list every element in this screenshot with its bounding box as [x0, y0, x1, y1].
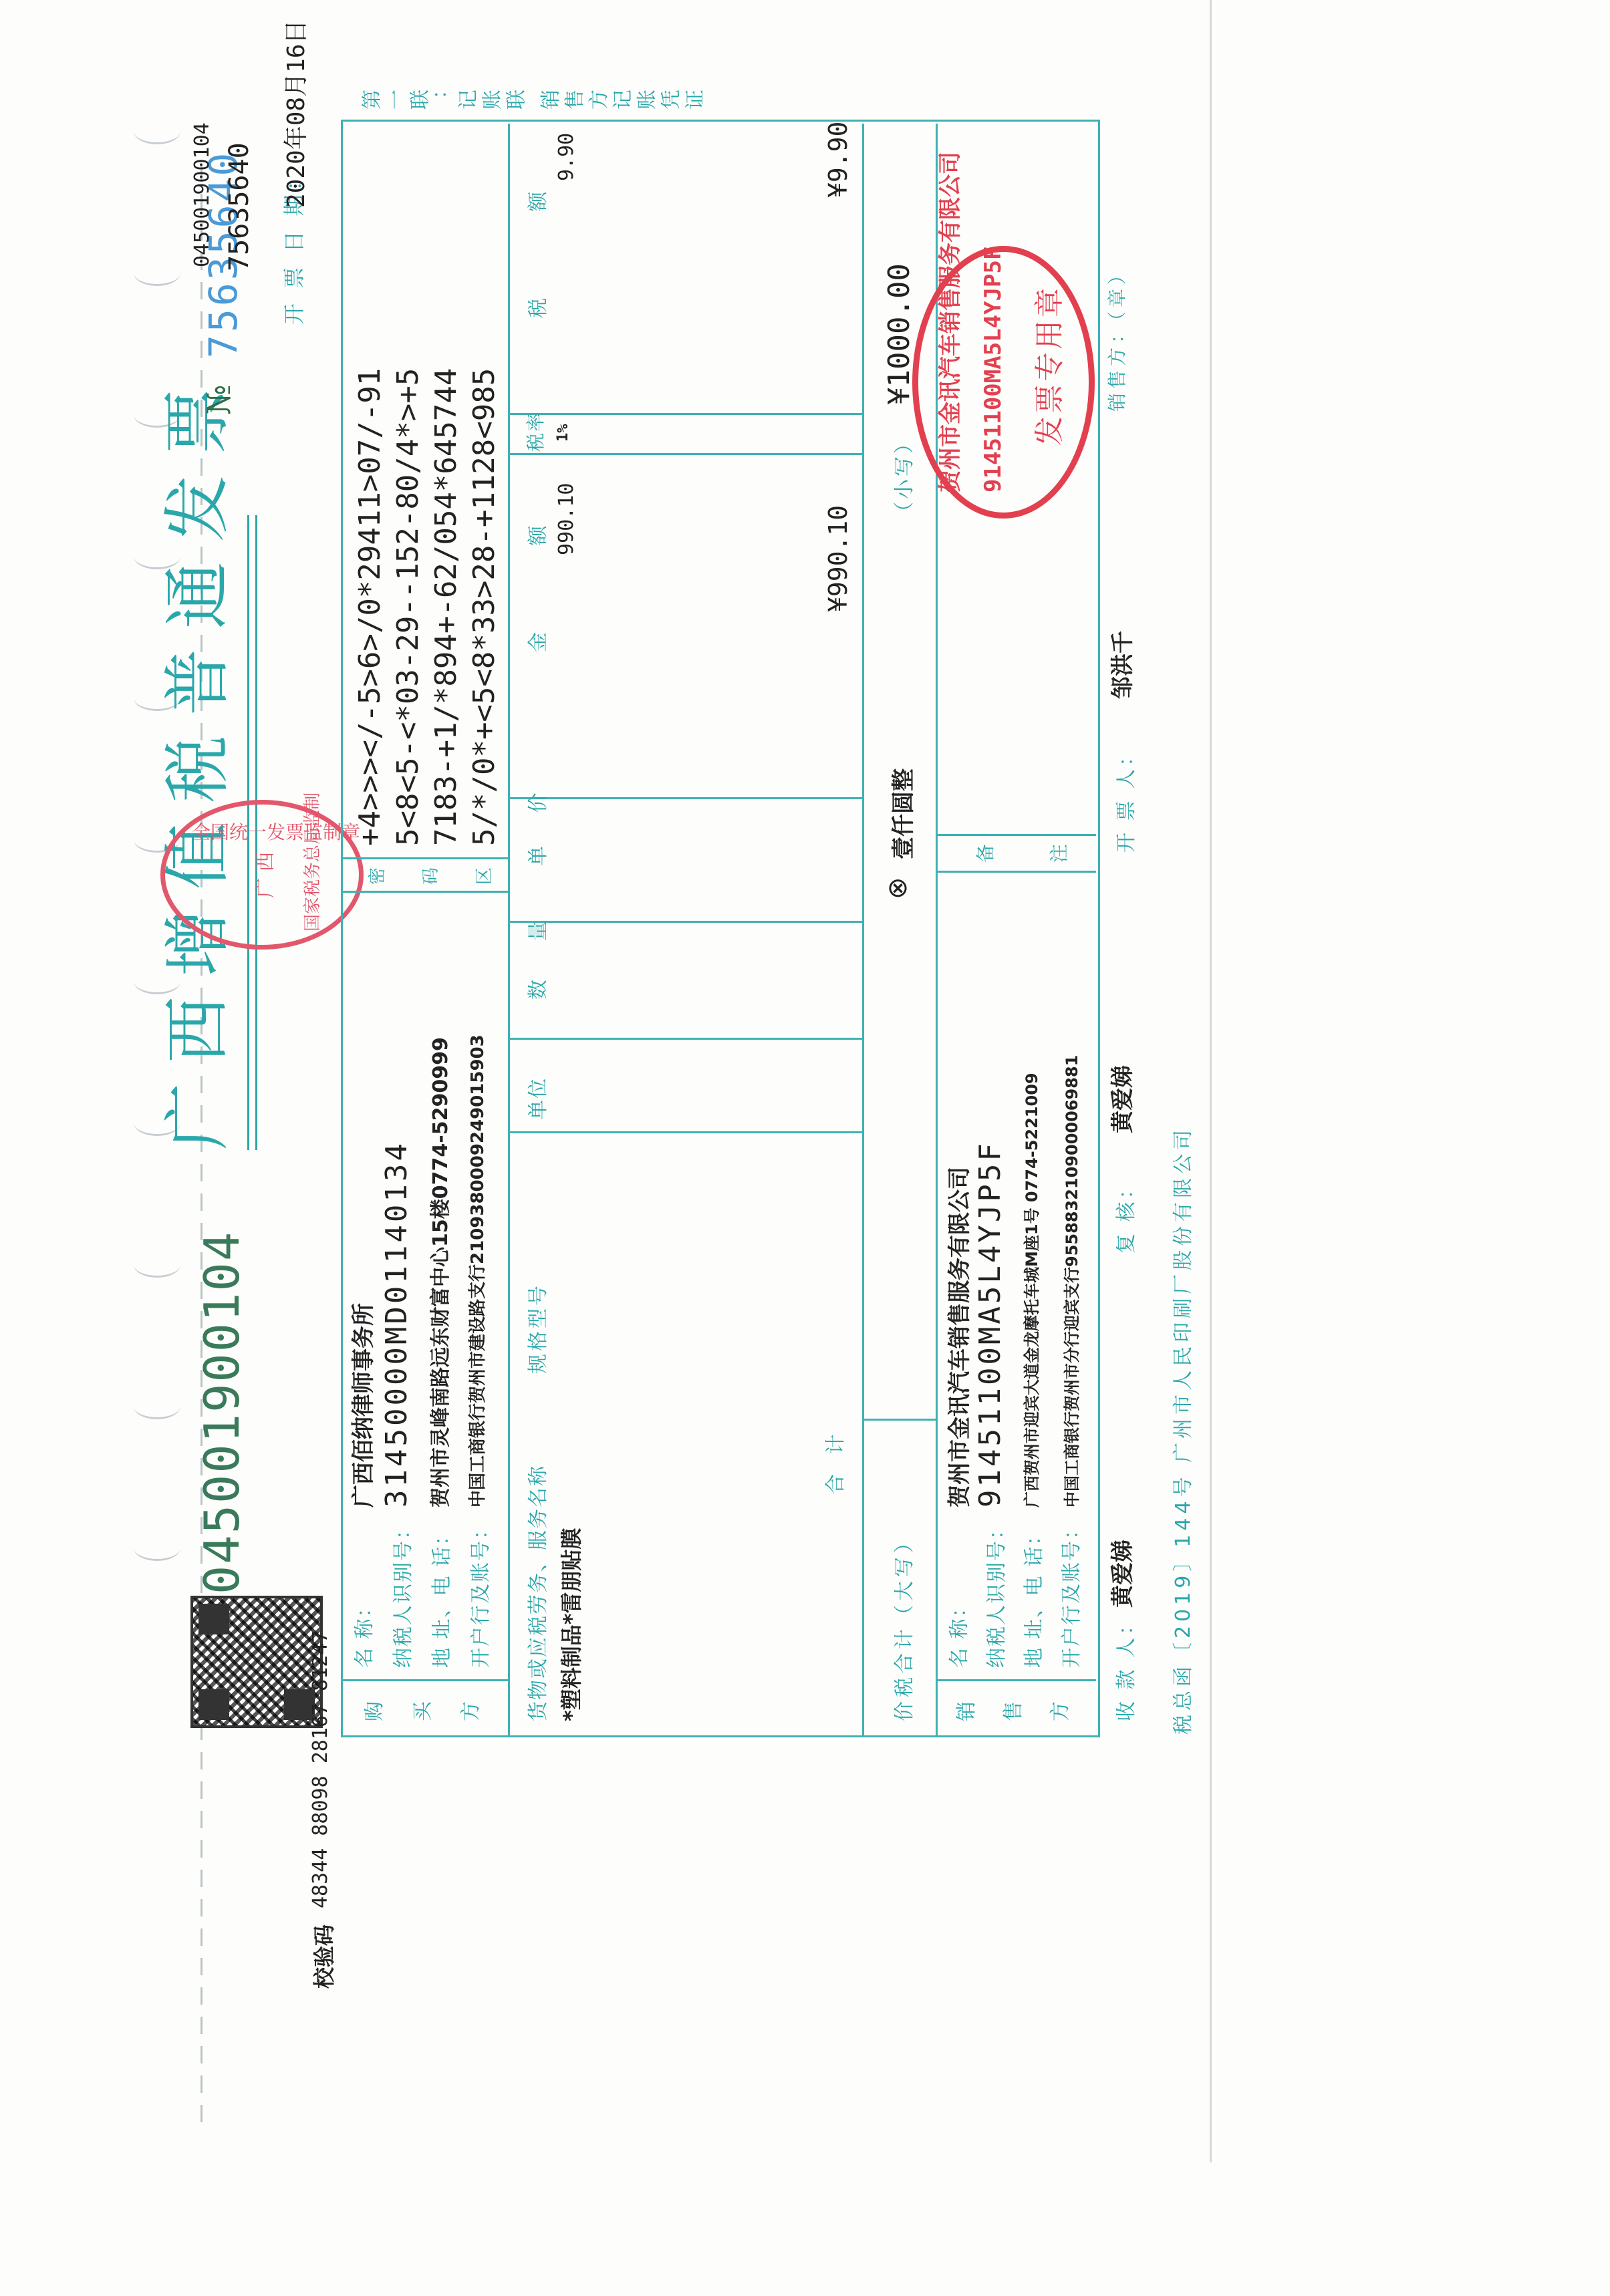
printer-footer: 税总函〔2019〕144号 广州市人民印刷厂股份有限公司 [1166, 1126, 1196, 1735]
header-item-name: 货物或应税劳务、服务名称 [521, 1465, 551, 1721]
remarks-label: 备 注 [949, 843, 1096, 863]
issue-date: 2020年08月16日 [277, 20, 311, 208]
drawer-label: 开 票 人： [1109, 744, 1139, 853]
seller-taxid-label: 纳税人识别号： [980, 1518, 1009, 1668]
header-unit-price: 单 价 [521, 779, 551, 866]
seller-tax-id: 91451100MA5L4YJP5F [973, 1141, 1007, 1508]
invoice-code-small: 045001900104 [190, 122, 214, 267]
grand-total-upper-text: 壹仟圆整 [885, 768, 918, 859]
seller-section-label: 销 售 方 [944, 1695, 1084, 1721]
payee-label: 收 款 人： [1109, 1612, 1139, 1721]
total-label: 合 计 [819, 1427, 848, 1494]
seller-bank-account: 中国工商银行贺州市分行迎宾支行9558832109000069881 [1059, 1055, 1082, 1508]
header-quantity: 数 量 [521, 905, 551, 1000]
number-symbol: № [200, 385, 238, 415]
item-tax: 9.90 [555, 133, 578, 181]
seller-address-phone: 广西贺州市迎宾大道金龙摩托车城M座1号 0774-5221009 [1019, 1072, 1042, 1508]
feed-hole [134, 118, 180, 144]
tax-supervision-stamp: 全国统一发票监制章 广 西 国家税务总局监制 [160, 800, 364, 950]
invoice-special-stamp: 贺州市金讯汽车销售服务有限公司 91451100MA5L4YJP5F 发票专用章 [912, 246, 1095, 519]
seller-name-label: 名 称： [942, 1596, 972, 1668]
buyer-name-label: 名 称： [348, 1596, 377, 1668]
remarks-left-divider [936, 871, 1096, 873]
feed-hole [134, 1252, 180, 1278]
header-tax-rate: 税率 [521, 412, 548, 452]
qr-code [190, 1596, 323, 1728]
invoice-code-large: 045001900104 [194, 1231, 250, 1594]
seller-name: 贺州市金讯汽车销售服务有限公司 [941, 1167, 974, 1508]
paper-edge [1210, 0, 1212, 2162]
buyer-section-label: 购 买 方 [351, 1695, 495, 1721]
total-amount: ¥990.10 [823, 505, 853, 612]
buyer-taxid-label: 纳税人识别号： [386, 1518, 416, 1668]
buyer-bank-account: 中国工商银行贺州市建设路支行2109380009249015903 [464, 1034, 489, 1508]
reviewer-label: 复 核： [1109, 1176, 1139, 1254]
item-name: *塑料制品*雷朋贴膜 [555, 1528, 585, 1721]
cipher-area-label: 密 码 区 [351, 865, 511, 885]
seller-bank-label: 开户行及账号： [1055, 1518, 1084, 1668]
header-spec: 规格型号 [521, 1283, 551, 1374]
invoice-title: 广西增值税普通发票 [144, 368, 240, 1150]
grand-total-divider [862, 1419, 936, 1421]
buyer-tax-id: 31450000MD0114013­4 [380, 1141, 414, 1508]
item-amount: 990.10 [555, 483, 578, 555]
buyer-address-label: 地 址、电 话： [425, 1524, 454, 1668]
header-tax: 税 额 [521, 151, 551, 318]
invoice-sheet: 045001900104 广西增值税普通发票 全国统一发票监制章 广 西 国家税… [0, 0, 1610, 2296]
item-tax-rate: 1% [555, 424, 571, 442]
col-divider-qty [508, 921, 862, 923]
payee-name: 黄爱娣 [1104, 1540, 1137, 1608]
cipher-left-divider [341, 891, 508, 893]
cipher-text: +4>>></-5>6>/0*29411>07/-91 5<8<5-<*03-2… [351, 368, 503, 846]
col-divider-amount [508, 453, 862, 455]
total-tax: ¥9.90 [823, 122, 853, 198]
feed-hole [134, 260, 180, 286]
seller-stamp-hint: 销售方：（章） [1103, 262, 1129, 412]
buyer-bank-label: 开户行及账号： [464, 1518, 493, 1668]
cross-circle-icon: ⊗ [882, 877, 913, 899]
copy-label: 第一联：记账联 销售方记账凭证 [361, 90, 1096, 114]
col-divider-unit [508, 1038, 862, 1040]
buyer-bottom-line [508, 124, 510, 1737]
seller-label-divider [936, 1679, 1096, 1681]
check-code-label: 校验码 [307, 1924, 338, 1989]
header-amount: 金 额 [521, 485, 551, 652]
col-divider-rate [508, 413, 862, 415]
invoice-number-small: 75635640 [224, 142, 255, 271]
feed-hole [134, 1535, 180, 1561]
items-bottom-line [862, 124, 864, 1737]
drawer-name: 邹洪千 [1104, 631, 1137, 699]
feed-hole [134, 1393, 180, 1419]
buyer-name: 广西佰纳律师事务所 [345, 1303, 378, 1508]
grand-total-upper-label: 价税合计（大写） [888, 1529, 917, 1721]
check-code: 48344 88098 28167 81247 [309, 1631, 332, 1908]
remarks-label-divider [936, 834, 1096, 836]
col-divider-spec [508, 1131, 862, 1133]
header-unit: 单位 [521, 1077, 551, 1120]
reviewer-name: 黄爱娣 [1104, 1065, 1137, 1133]
col-divider-price [508, 797, 862, 799]
buyer-address-phone: 贺州市灵峰南路远东财富中心15楼0774-5290999 [424, 1037, 453, 1508]
grand-total-lower-label: （小写） [888, 431, 917, 522]
grand-total-lower-text: ¥1000.00 [882, 263, 916, 405]
seller-address-label: 地 址、电 话： [1017, 1524, 1047, 1668]
buyer-label-divider [341, 1679, 508, 1681]
